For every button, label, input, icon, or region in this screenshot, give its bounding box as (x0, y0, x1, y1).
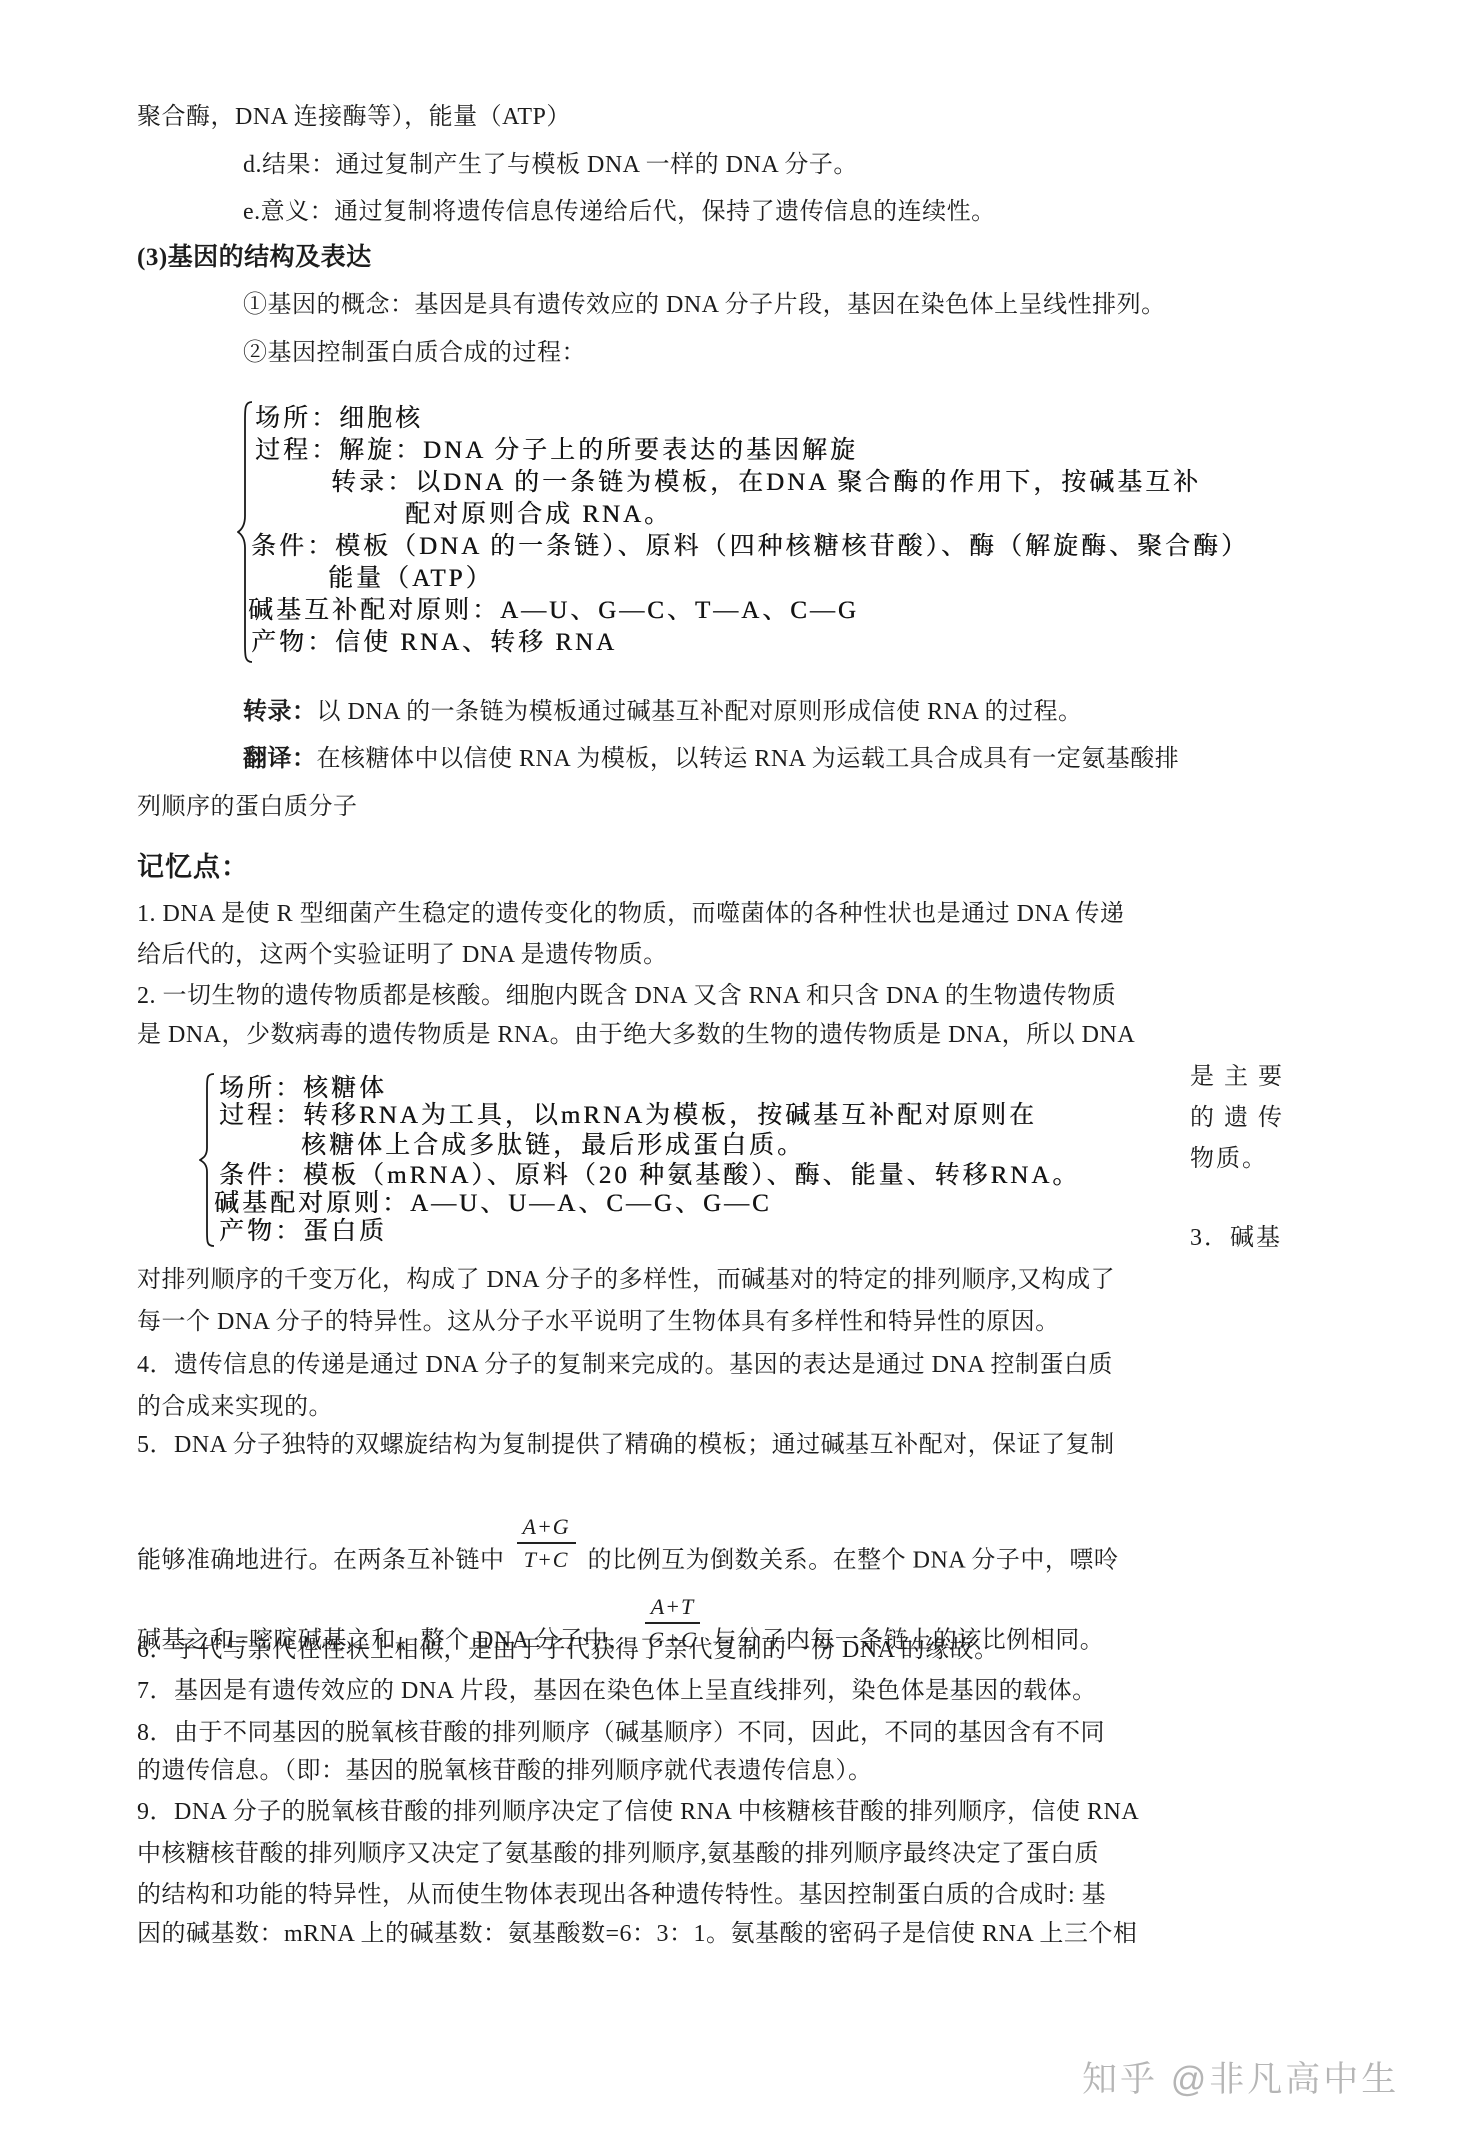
figure-line: 过程：解旋：DNA 分子上的所要表达的基因解旋 (255, 437, 858, 464)
paragraph-line: 1. DNA 是使 R 型细菌产生稳定的遗传变化的物质，而噬菌体的各种性状也是通… (137, 900, 1124, 929)
figure-line: 产物：蛋白质 (219, 1218, 387, 1245)
fraction-denominator: T+C (517, 1544, 576, 1572)
paragraph-line: 4．遗传信息的传递是通过 DNA 分子的复制来完成的。基因的表达是通过 DNA … (137, 1351, 1113, 1380)
definition-label: 翻译： (243, 746, 317, 772)
section-heading: (3)基因的结构及表达 (137, 243, 372, 272)
formula-line-text: 能够准确地进行。在两条互补链中 (137, 1547, 505, 1573)
definition-text: 在核糖体中以信使 RNA 为模板，以转运 RNA 为运载工具合成具有一定氨基酸排 (317, 746, 1180, 772)
figure-line: 碱基配对原则：A—U、U—A、C—G、G—C (214, 1190, 772, 1217)
fraction-numerator: A+G (517, 1514, 576, 1544)
paragraph-line-with-formula: 能够准确地进行。在两条互补链中A+GT+C的比例互为倒数关系。在整个 DNA 分… (137, 1514, 1118, 1575)
paragraph-line: ①基因的概念：基因是具有遗传效应的 DNA 分子片段，基因在染色体上呈线性排列。 (243, 291, 1166, 320)
figure-line: 转录：以DNA 的一条链为模板，在DNA 聚合酶的作用下，按碱基互补 (331, 469, 1201, 496)
side-column-line: 物质。 (1190, 1145, 1268, 1174)
side-column-line: 是 主 要 (1190, 1063, 1284, 1092)
translation-figure: 场所：核糖体 过程：转移RNA为工具，以mRNA为模板，按碱基互补配对原则在 核… (205, 1072, 1165, 1250)
left-brace-icon (237, 400, 255, 664)
paragraph-line: 9．DNA 分子的脱氧核苷酸的排列顺序决定了信使 RNA 中核糖核苷酸的排列顺序… (137, 1798, 1139, 1827)
transcription-figure: 场所：细胞核 过程：解旋：DNA 分子上的所要表达的基因解旋 转录：以DNA 的… (243, 400, 1163, 665)
paragraph-line: 每一个 DNA 分子的特异性。这从分子水平说明了生物体具有多样性和特异性的原因。 (137, 1308, 1060, 1337)
paragraph-line: 聚合酶，DNA 连接酶等），能量（ATP） (137, 103, 571, 132)
paragraph-line: 8．由于不同基因的脱氧核苷酸的排列顺序（碱基顺序）不同，因此，不同的基因含有不同 (137, 1719, 1105, 1748)
paragraph-line: ②基因控制蛋白质合成的过程： (243, 339, 586, 368)
figure-line: 过程：转移RNA为工具，以mRNA为模板，按碱基互补配对原则在 (219, 1102, 1037, 1129)
fraction-numerator: A+T (645, 1594, 701, 1624)
document-page: 聚合酶，DNA 连接酶等），能量（ATP） d.结果：通过复制产生了与模板 DN… (0, 0, 1479, 2138)
memory-title: 记忆点： (137, 853, 249, 882)
left-brace-icon (199, 1072, 217, 1248)
paragraph-line: 对排列顺序的千变万化，构成了 DNA 分子的多样性，而碱基对的特定的排列顺序,又… (137, 1266, 1115, 1295)
paragraph-line: 列顺序的蛋白质分子 (137, 793, 358, 822)
watermark: 知乎 @非凡高中生 (1082, 2052, 1399, 2102)
paragraph-line: 给后代的，这两个实验证明了 DNA 是遗传物质。 (137, 941, 668, 970)
paragraph-line: 的结构和功能的特异性，从而使生物体表现出各种遗传特性。基因控制蛋白质的合成时: … (137, 1881, 1106, 1910)
definition-label: 转录： (243, 699, 317, 725)
fraction-AG-TC: A+GT+C (517, 1514, 576, 1573)
figure-line: 条件：模板（mRNA）、原料（20 种氨基酸）、酶、能量、转移RNA。 (219, 1162, 1080, 1189)
figure-line: 产物：信使 RNA、转移 RNA (251, 629, 617, 656)
figure-line: 碱基互补配对原则：A—U、G—C、T—A、C—G (248, 597, 859, 624)
paragraph-line: 中核糖核苷酸的排列顺序又决定了氨基酸的排列顺序,氨基酸的排列顺序最终决定了蛋白质 (137, 1840, 1099, 1869)
paragraph-line: 因的碱基数：mRNA 上的碱基数：氨基酸数=6：3：1。氨基酸的密码子是信使 R… (137, 1920, 1137, 1949)
paragraph-line: 6．子代与亲代在性状上相似，是由于子代获得了亲代复制的一份 DNA 的缘故。 (137, 1636, 999, 1665)
figure-line: 核糖体上合成多肽链，最后形成蛋白质。 (301, 1132, 805, 1159)
figure-line: 场所：细胞核 (255, 405, 423, 432)
figure-line: 能量（ATP） (328, 565, 493, 592)
definition-translation: 翻译：在核糖体中以信使 RNA 为模板，以转运 RNA 为运载工具合成具有一定氨… (243, 745, 1179, 774)
figure-line: 条件：模板（DNA 的一条链）、原料（四种核糖核苷酸）、酶（解旋酶、聚合酶） (251, 533, 1249, 560)
side-column-line: 3．碱基 (1190, 1224, 1282, 1253)
paragraph-line: 2. 一切生物的遗传物质都是核酸。细胞内既含 DNA 又含 RNA 和只含 DN… (137, 982, 1116, 1011)
side-column-line: 的 遗 传 (1190, 1104, 1284, 1133)
formula-line-text: 的比例互为倒数关系。在整个 DNA 分子中，嘌呤 (588, 1547, 1119, 1573)
figure-line: 配对原则合成 RNA。 (405, 501, 672, 528)
definition-transcription: 转录：以 DNA 的一条链为模板通过碱基互补配对原则形成信使 RNA 的过程。 (243, 698, 1083, 727)
figure-line: 场所：核糖体 (219, 1075, 387, 1102)
paragraph-line: 5．DNA 分子独特的双螺旋结构为复制提供了精确的模板；通过碱基互补配对，保证了… (137, 1431, 1115, 1460)
paragraph-line: 是 DNA，少数病毒的遗传物质是 RNA。由于绝大多数的生物的遗传物质是 DNA… (137, 1021, 1135, 1050)
paragraph-line: d.结果：通过复制产生了与模板 DNA 一样的 DNA 分子。 (243, 151, 858, 180)
definition-text: 以 DNA 的一条链为模板通过碱基互补配对原则形成信使 RNA 的过程。 (317, 699, 1083, 725)
paragraph-line: e.意义：通过复制将遗传信息传递给后代，保持了遗传信息的连续性。 (243, 198, 996, 227)
paragraph-line: 的合成来实现的。 (137, 1393, 333, 1422)
paragraph-line: 的遗传信息。（即：基因的脱氧核苷酸的排列顺序就代表遗传信息）。 (137, 1757, 873, 1786)
paragraph-line: 7．基因是有遗传效应的 DNA 片段，基因在染色体上呈直线排列，染色体是基因的载… (137, 1677, 1097, 1706)
